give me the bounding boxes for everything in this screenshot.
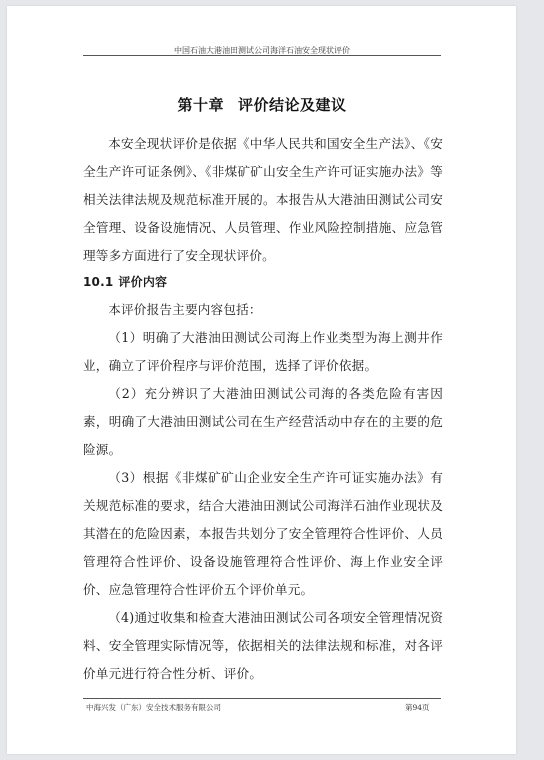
list-item: （2）充分辨识了大港油田测试公司海的各类危险有害因素，明确了大港油田测试公司在生… (83, 380, 443, 464)
header-rule (83, 55, 441, 56)
list-item: （4)通过收集和检查大港油田测试公司各项安全管理情况资料、安全管理实际情况等，依… (83, 604, 443, 688)
chapter-name: 评价结论及建议 (238, 96, 347, 114)
chapter-number: 第十章 (177, 96, 224, 114)
intro-paragraph: 本安全现状评价是依据《中华人民共和国安全生产法》、《安全生产许可证条例》、《非煤… (83, 130, 443, 270)
list-item: （3）根据《非煤矿矿山企业安全生产许可证实施办法》有关规范标准的要求，结合大港油… (83, 464, 443, 604)
footer-company: 中海兴发（广东）安全技术服务有限公司 (86, 702, 221, 713)
document-page: 中国石油大港油田测试公司海洋石油安全现状评价 第十章评价结论及建议 本安全现状评… (7, 6, 516, 754)
section-title: 评价内容 (118, 275, 167, 289)
document-body: 本安全现状评价是依据《中华人民共和国安全生产法》、《安全生产许可证条例》、《非煤… (83, 130, 443, 688)
list-item: （1）明确了大港油田测试公司海上作业类型为海上测井作业，确立了评价程序与评价范围… (83, 324, 443, 380)
section-heading: 10.1评价内容 (83, 268, 443, 296)
chapter-title: 第十章评价结论及建议 (83, 94, 441, 115)
page-number: 第94页 (405, 702, 430, 713)
footer-rule (83, 698, 441, 699)
section-number: 10.1 (83, 275, 113, 289)
section-lead: 本评价报告主要内容包括： (83, 296, 443, 324)
